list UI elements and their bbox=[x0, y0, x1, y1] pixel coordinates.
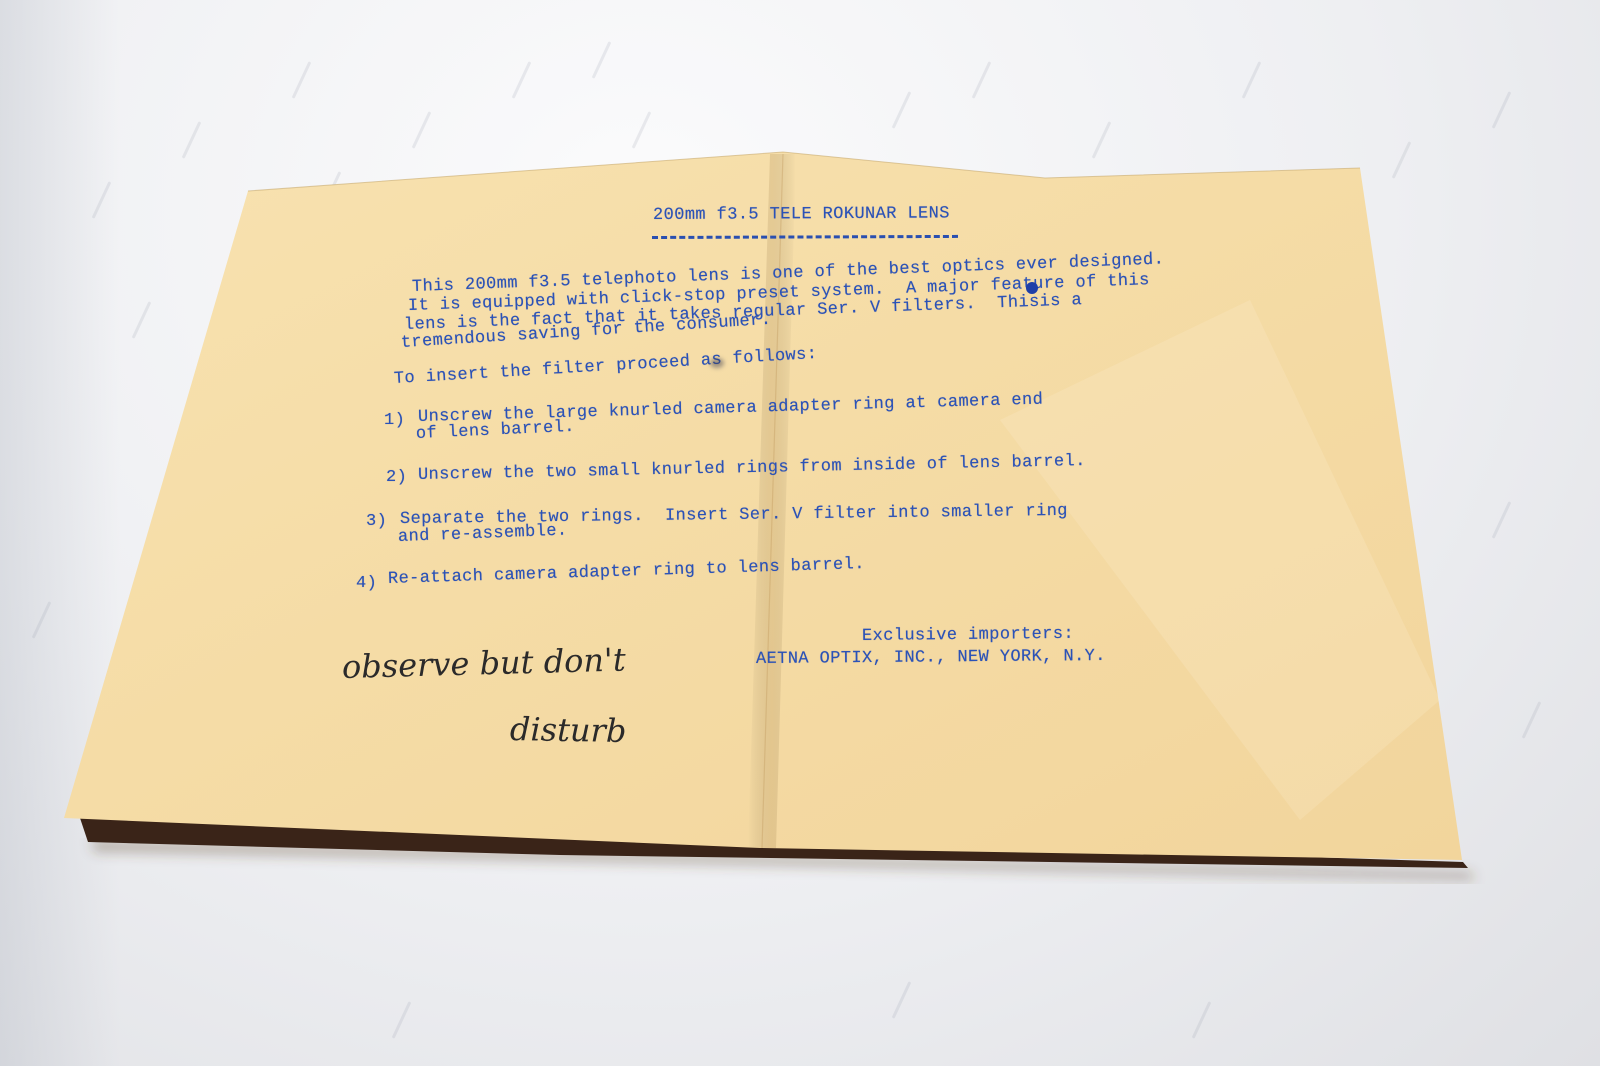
step-4-line-1: Re-attach camera adapter ring to lens ba… bbox=[388, 555, 865, 589]
handwritten-note-line-1: observe but don't bbox=[342, 641, 627, 686]
title-underline bbox=[652, 235, 958, 239]
typewritten-text: 200mm f3.5 TELE ROKUNAR LENS This 200mm … bbox=[0, 0, 1600, 1066]
signature-company: AETNA OPTIX, INC., NEW YORK, N.Y. bbox=[756, 647, 1106, 669]
ink-blot bbox=[1026, 282, 1038, 294]
step-3-number: 3) bbox=[366, 512, 387, 531]
step-1-number: 1) bbox=[384, 411, 405, 430]
step-2-line-1: Unscrew the two small knurled rings from… bbox=[418, 452, 1086, 485]
step-2-number: 2) bbox=[386, 468, 407, 487]
handwritten-note-line-2: disturb bbox=[510, 710, 627, 750]
smudge bbox=[710, 358, 724, 368]
signature-label: Exclusive importers: bbox=[862, 625, 1074, 646]
instruction-lead: To insert the filter proceed as follows: bbox=[393, 345, 817, 389]
step-4-number: 4) bbox=[356, 574, 377, 593]
document-title: 200mm f3.5 TELE ROKUNAR LENS bbox=[653, 204, 950, 225]
